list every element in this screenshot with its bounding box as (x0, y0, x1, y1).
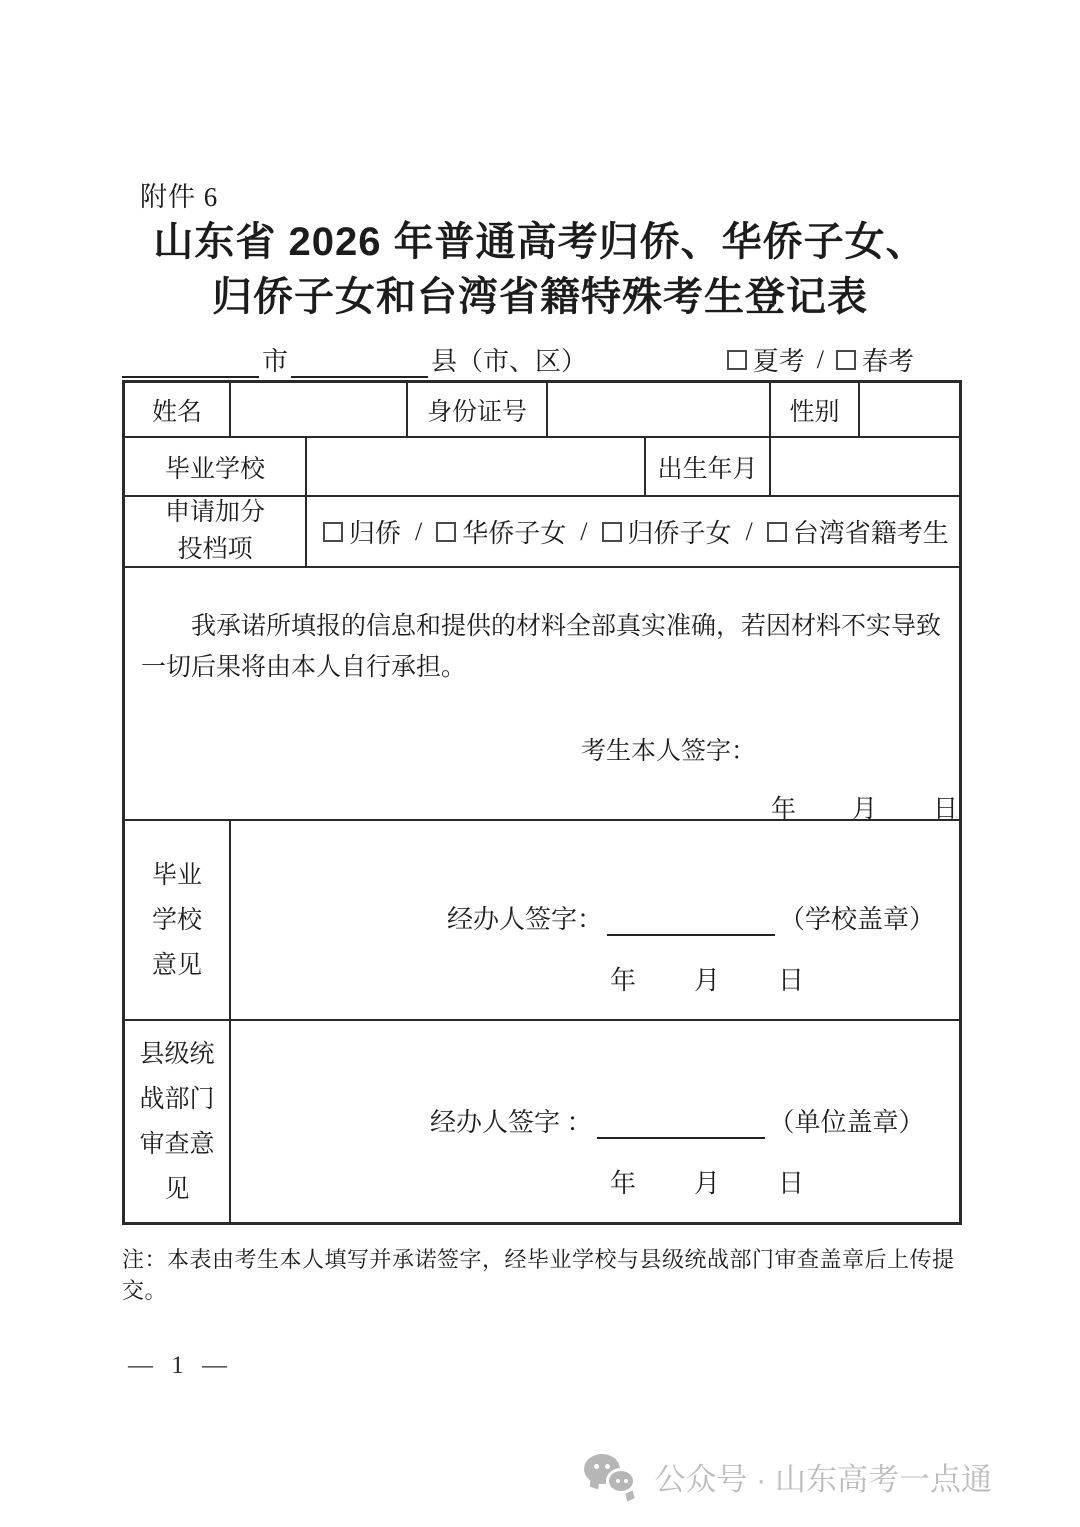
school-opinion-label-cell: 毕业 学校 意见 (125, 821, 231, 1019)
spring-exam-label: 春考 (862, 341, 914, 378)
id-label-cell: 身份证号 (408, 383, 548, 436)
summer-exam-label: 夏考 (753, 341, 805, 378)
form-note: 注：本表由考生本人填写并承诺签字，经毕业学校与县级统战部门审查盖章后上传提交。 (122, 1243, 972, 1305)
table-row-county-opinion: 县级统 战部门 审查意 见 经办人签字 ： （单位盖章） 年 月 日 (125, 1021, 959, 1222)
year-label: 年 (610, 1163, 636, 1200)
huaqiao-zinv-checkbox[interactable] (436, 522, 456, 542)
name-value-cell[interactable] (231, 383, 408, 436)
city-fill-blank[interactable] (122, 344, 259, 378)
bonus-label-cell: 申请加分 投档项 (125, 497, 307, 566)
footer-account-label: 公众号 · 山东高考一点通 (654, 1454, 992, 1499)
city-label: 市 (259, 341, 291, 378)
school-label-cell: 毕业学校 (125, 438, 307, 495)
pledge-paragraph: 我承诺所填报的信息和提供的材料全部真实准确，若因材料不实导致 一切后果将由本人自… (141, 606, 1014, 689)
county-sign-row: 经办人签字 ： （单位盖章） (430, 1102, 959, 1139)
month-label: 月 (694, 960, 720, 997)
county-opinion-content-cell: 经办人签字 ： （单位盖章） 年 月 日 (231, 1021, 959, 1222)
day-label: 日 (778, 1163, 804, 1200)
table-row-school-opinion: 毕业 学校 意见 经办人签字： （学校盖章） 年 月 日 (125, 821, 959, 1021)
registration-form-table: 姓名 身份证号 性别 毕业学校 出生年月 申请加分 投档项 (122, 380, 962, 1225)
county-opinion-label-cell: 县级统 战部门 审查意 见 (125, 1021, 231, 1222)
exam-type-options: 夏考 / 春考 (727, 341, 914, 378)
pledge-cell: 我承诺所填报的信息和提供的材料全部真实准确，若因材料不实导致 一切后果将由本人自… (125, 568, 1030, 819)
guiqiao-zinv-label: 归侨子女 (628, 513, 732, 550)
county-label: 县（市、区） (428, 341, 590, 378)
table-row-pledge: 我承诺所填报的信息和提供的材料全部真实准确，若因材料不实导致 一切后果将由本人自… (125, 568, 959, 821)
document-page: 附件 6 山东省 2026 年普通高考归侨、华侨子女、 归侨子女和台湾省籍特殊考… (0, 0, 1080, 1527)
document-title-line1: 山东省 2026 年普通高考归侨、华侨子女、 (0, 215, 1080, 270)
county-sign-blank[interactable] (597, 1109, 765, 1139)
school-opinion-label-line2: 学校 (152, 898, 202, 943)
region-exam-line: 市 县（市、区） 夏考 / 春考 (122, 340, 962, 378)
year-label: 年 (771, 789, 796, 825)
gender-label-cell: 性别 (771, 383, 860, 436)
table-row-identity: 姓名 身份证号 性别 (125, 383, 959, 438)
school-sign-row: 经办人签字： （学校盖章） (447, 899, 959, 936)
bonus-option-taiwan: 台湾省籍考生 (767, 513, 949, 550)
year-label: 年 (610, 960, 636, 997)
school-opinion-date-line: 年 月 日 (610, 960, 959, 997)
pledge-date-line: 年 月 日 (771, 789, 1014, 825)
page-number: — 1 — (128, 1352, 233, 1380)
school-opinion-content-cell: 经办人签字： （学校盖章） 年 月 日 (231, 821, 959, 1019)
guiqiao-checkbox[interactable] (323, 522, 343, 542)
guiqiao-label: 归侨 (349, 513, 401, 550)
taiwan-label: 台湾省籍考生 (793, 513, 949, 550)
pledge-text-line2: 一切后果将由本人自行承担。 (141, 647, 1014, 688)
bonus-option-huaqiao-zinv: 华侨子女 (436, 513, 566, 550)
bonus-options-group: 归侨 / 华侨子女 / 归侨子女 / 台湾省籍考生 (307, 513, 959, 550)
bonus-options-cell: 归侨 / 华侨子女 / 归侨子女 / 台湾省籍考生 (307, 497, 959, 566)
school-seal-label: （学校盖章） (779, 899, 935, 936)
bonus-option-guiqiao: 归侨 (323, 513, 401, 550)
birth-label-cell: 出生年月 (646, 438, 771, 495)
wechat-icon (584, 1452, 640, 1500)
bonus-separator: / (732, 517, 767, 547)
bonus-label-line1: 申请加分 (165, 495, 265, 531)
footer-watermark: 公众号 · 山东高考一点通 (584, 1452, 992, 1500)
county-opinion-label-line4: 见 (139, 1167, 214, 1212)
school-opinion-label-line1: 毕业 (152, 853, 202, 898)
bonus-label-line2: 投档项 (165, 532, 265, 568)
county-opinion-label-line1: 县级统 (139, 1032, 214, 1077)
gender-value-cell[interactable] (860, 383, 959, 436)
huaqiao-zinv-label: 华侨子女 (462, 513, 566, 550)
day-label: 日 (933, 789, 958, 825)
bonus-separator: / (566, 517, 601, 547)
county-handler-sign-label: 经办人签字 ： (430, 1102, 593, 1139)
county-fill-blank[interactable] (291, 344, 428, 378)
month-label: 月 (694, 1163, 720, 1200)
guiqiao-zinv-checkbox[interactable] (602, 522, 622, 542)
bonus-separator: / (401, 517, 436, 547)
county-opinion-label-line2: 战部门 (139, 1077, 214, 1122)
month-label: 月 (852, 789, 877, 825)
exam-separator: / (805, 345, 836, 375)
id-value-cell[interactable] (548, 383, 771, 436)
bonus-option-guiqiao-zinv: 归侨子女 (602, 513, 732, 550)
school-sign-blank[interactable] (607, 906, 775, 936)
pledge-text-line1: 我承诺所填报的信息和提供的材料全部真实准确，若因材料不实导致 (191, 613, 941, 640)
table-row-school: 毕业学校 出生年月 (125, 438, 959, 497)
school-opinion-label-line3: 意见 (152, 943, 202, 988)
table-row-bonus: 申请加分 投档项 归侨 / 华侨子女 / (125, 497, 959, 568)
birth-value-cell[interactable] (771, 438, 959, 495)
document-title-line2: 归侨子女和台湾省籍特殊考生登记表 (0, 270, 1080, 325)
spring-exam-checkbox[interactable] (836, 350, 856, 370)
taiwan-checkbox[interactable] (767, 522, 787, 542)
county-opinion-date-line: 年 月 日 (610, 1163, 959, 1200)
attachment-label: 附件 6 (140, 175, 218, 214)
county-opinion-label-line3: 审查意 (139, 1122, 214, 1167)
county-seal-label: （单位盖章） (769, 1102, 925, 1139)
document-title: 山东省 2026 年普通高考归侨、华侨子女、 归侨子女和台湾省籍特殊考生登记表 (0, 215, 1080, 325)
school-value-cell[interactable] (307, 438, 646, 495)
candidate-sign-label: 考生本人签字： (581, 731, 1014, 767)
day-label: 日 (778, 960, 804, 997)
name-label-cell: 姓名 (125, 383, 231, 436)
school-handler-sign-label: 经办人签字： (447, 899, 603, 936)
summer-exam-checkbox[interactable] (727, 350, 747, 370)
